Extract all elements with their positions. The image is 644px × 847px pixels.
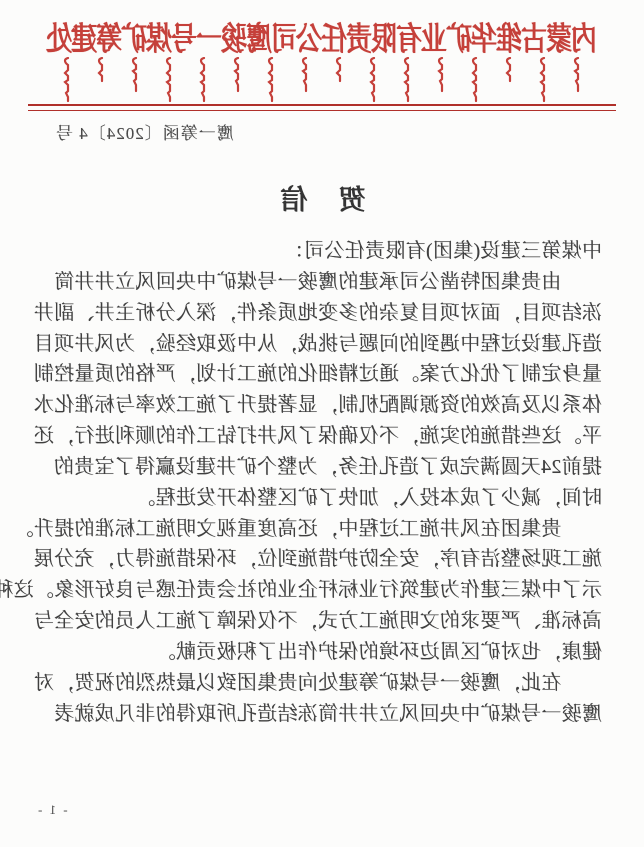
body-line: 体系以及高效的资源调配机制，显著提升了施工效率与标准化水 [38,390,602,421]
body-line: 鹰骏一号煤矿中央回风立井井筒冻结造孔所取得的非凡成就表 [38,699,602,730]
document-number: 鹰一筹函〔2024〕4 号 [55,119,234,144]
body-line: 平。这些措施的实施，不仅确保了风井打钻工作的顺利进行，还 [38,421,602,452]
letter-title: 贺 信 [0,178,644,217]
letter-body: 中煤第三建设(集团)有限责任公司： 由贵集团特凿公司承建的鹰骏一号煤矿中央回风立… [38,236,602,730]
letterhead-divider-rule [28,104,616,111]
scanned-letter-page: 内蒙古维华矿业有限责任公司鹰骏一号煤矿筹建处 鹰一 [0,0,644,847]
body-line: 由贵集团特凿公司承建的鹰骏一号煤矿中央回风立井井筒 [38,267,602,298]
letterhead-org-name: 内蒙古维华矿业有限责任公司鹰骏一号煤矿筹建处 [0,14,644,59]
body-line: 提前24天圆满完成了造孔任务，为整个矿井建设赢得了宝贵的 [38,452,602,483]
body-line: 贵集团在风井施工过程中，还高度重视文明施工标准的提升。 [38,514,602,545]
body-line: 在此，鹰骏一号煤矿筹建处向贵集团致以最热烈的祝贺，对 [38,668,602,699]
body-line: 施工现场整洁有序，安全防护措施到位，环保措施得力，充分展 [38,544,602,575]
body-line: 健康，也对矿区周边环境的保护作出了积极贡献。 [38,637,602,668]
mongolian-script-line [60,57,582,103]
body-line: 示了中煤三建作为建筑行业标杆企业的社会责任感与良好形象。这种 [38,575,602,606]
body-line: 高标准、严要求的文明施工方式，不仅保障了施工人员的安全与 [38,606,602,637]
body-line: 冻结项目，面对项目复杂的多变地质条件，深入分析主井、副井 [38,298,602,329]
page-number: - 1 - [36,802,68,818]
body-line: 时间，减少了成本投入，加快了矿区整体开发进程。 [38,483,602,514]
body-line: 造孔建设过程中遇到的问题与挑战，从中汲取经验，为风井项目 [38,329,602,360]
mirrored-scan-wrapper: 内蒙古维华矿业有限责任公司鹰骏一号煤矿筹建处 鹰一 [0,0,644,847]
body-line: 中煤第三建设(集团)有限责任公司： [38,236,602,267]
body-line: 量身定制了优化方案。通过精细化的施工计划，严格的质量控制 [38,359,602,390]
